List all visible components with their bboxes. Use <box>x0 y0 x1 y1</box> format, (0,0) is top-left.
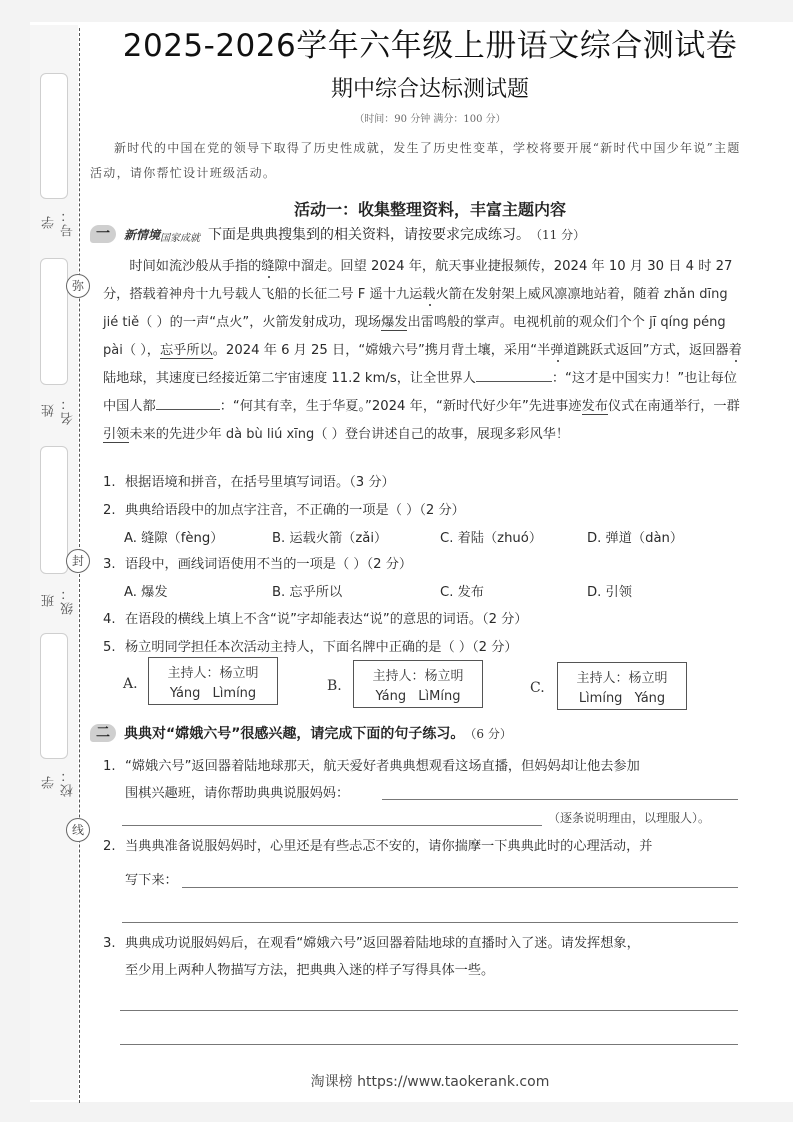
page-subtitle: 期中综合达标测试题 <box>100 72 760 103</box>
fill-blank[interactable] <box>476 367 552 382</box>
option-b[interactable]: B. 忘乎所以 <box>272 581 342 600</box>
question-number: 2. <box>103 839 125 854</box>
question-text: 典典成功说服妈妈后，在观看“嫦娥六号”返回器着陆地球的直播时入了迷。请发挥想象， <box>125 936 640 951</box>
section2-header: 二 典典对“嫦娥六号”很感兴趣，请完成下面的句子练习。 （6 分） <box>90 723 512 743</box>
student-number-box[interactable] <box>40 73 68 199</box>
activity-title: 活动一：收集整理资料，丰富主题内容 <box>100 197 760 220</box>
nameplate-b[interactable]: 主持人：杨立明 Yáng LìMíng <box>353 660 483 708</box>
school-label: 学校： <box>40 760 66 804</box>
passage-text: 道跳跃式返回”方式，返回器 <box>564 343 729 358</box>
dotted-char: 弹 <box>550 343 563 358</box>
intro-text: 新时代的中国在党的领导下取得了历史性成就，发生了历史性变革，学校将要开展“新时代… <box>90 136 750 186</box>
passage-text: 时间如流沙般从手指的 <box>129 259 261 274</box>
passage-text: 。2024 年 6 月 25 日，“嫦娥六号”携月背土壤，采用“半 <box>213 343 551 358</box>
question-1-4: 4.在语段的横线上填上不含“说”字却能表达“说”的意思的词语。（2 分） <box>103 608 528 627</box>
fill-blank[interactable] <box>156 395 220 410</box>
name-box[interactable] <box>40 258 68 385</box>
answer-line[interactable] <box>182 887 738 888</box>
answer-line[interactable] <box>122 922 738 923</box>
question-number: 2. <box>103 503 125 518</box>
section2-score: （6 分） <box>464 725 511 742</box>
answer-bracket[interactable]: （ ）登台讲述自己的故事，展现多彩风华！ <box>314 427 569 442</box>
question-2-3: 3.典典成功说服妈妈后，在观看“嫦娥六号”返回器着陆地球的直播时入了迷。请发挥想… <box>103 932 640 951</box>
option-d[interactable]: D. 弹道（dàn） <box>587 527 683 546</box>
section1-tag: 新情境 <box>124 226 160 243</box>
passage-text: 仪式在南通举行，一群 <box>608 399 740 414</box>
section2-badge: 二 <box>90 724 116 742</box>
underlined-word: 爆发 <box>381 315 407 331</box>
section1-score: （11 分） <box>530 226 585 243</box>
question-text: 在语段的横线上填上不含“说”字却能表达“说”的意思的词语。（2 分） <box>125 612 528 627</box>
question-text: 语段中，画线词语使用不当的一项是（ ）（2 分） <box>125 557 412 572</box>
passage-text: 陆地球，其速度已经接近第二宇宙速度 11.2 km/s，让全世界人 <box>103 371 476 386</box>
nameplate-title: 主持人：杨立明 <box>354 665 482 684</box>
answer-note: （逐条说明理由，以理服人）。 <box>548 809 710 826</box>
question-text: 典典给语段中的加点字注音，不正确的一项是（ ）（2 分） <box>125 503 465 518</box>
nameplate-option-c-label[interactable]: C. <box>530 680 545 696</box>
answer-line[interactable] <box>122 825 542 826</box>
section1-subtag: 国家成就 <box>160 229 200 244</box>
option-c[interactable]: C. 发布 <box>440 581 484 600</box>
underlined-word: 引领 <box>103 427 129 443</box>
question-1-5: 5.杨立明同学担任本次活动主持人，下面名牌中正确的是（ ）（2 分） <box>103 636 518 655</box>
passage-text: 火箭在发射架上威风凛凛地站着，随着 <box>435 287 663 302</box>
nameplate-title: 主持人：杨立明 <box>558 667 686 686</box>
nameplate-a[interactable]: 主持人：杨立明 Yáng Lìmíng <box>148 657 278 705</box>
option-a[interactable]: A. 缝隙（fèng） <box>124 527 223 546</box>
dotted-char: 缝 <box>261 259 274 274</box>
answer-line[interactable] <box>120 1010 738 1011</box>
reading-passage: 时间如流沙般从手指的缝隙中溜走。回望 2024 年，航天事业捷报频传，2024 … <box>103 253 743 449</box>
section1-instruction: 下面是典典搜集到的相关资料，请按要求完成练习。 <box>208 224 530 244</box>
question-1-3: 3.语段中，画线词语使用不当的一项是（ ）（2 分） <box>103 553 412 572</box>
nameplate-pinyin: Yáng Lìmíng <box>149 686 277 701</box>
answer-bracket[interactable]: （ ）， <box>123 343 160 358</box>
footer-watermark: 淘课榜 https://www.taokerank.com <box>100 1071 760 1091</box>
question-1-1: 1.根据语境和拼音，在括号里填写词语。（3 分） <box>103 471 395 490</box>
option-c[interactable]: C. 着陆（zhuó） <box>440 527 542 546</box>
question-number: 1. <box>103 475 125 490</box>
nameplate-pinyin: Yáng LìMíng <box>354 689 482 704</box>
underlined-word: 忘乎所以 <box>160 343 213 359</box>
question-2-1-line2: 围棋兴趣班，请你帮助典典说服妈妈： <box>125 782 349 801</box>
name-label: 姓名： <box>40 388 66 432</box>
passage-text: 出雷鸣般的掌声。电视机前的观众们个个 <box>407 315 649 330</box>
question-text: “嫦娥六号”返回器着陆地球那天，航天爱好者典典想观看这场直播，但妈妈却让他去参加 <box>125 759 640 774</box>
question-2-2-line2: 写下来： <box>125 869 178 888</box>
question-2-3-line2: 至少用上两种人物描写方法，把典典入迷的样子写得具体一些。 <box>125 959 494 978</box>
section1-header: 一 新情境 国家成就 下面是典典搜集到的相关资料，请按要求完成练习。 （11 分… <box>90 224 585 244</box>
answer-line[interactable] <box>120 1044 738 1045</box>
pinyin-prompt: dà bù liú xīng <box>226 427 314 442</box>
option-a[interactable]: A. 爆发 <box>124 581 168 600</box>
nameplate-option-b-label[interactable]: B. <box>327 678 342 694</box>
option-b[interactable]: B. 运载火箭（zǎi） <box>272 527 387 546</box>
question-text: 杨立明同学担任本次活动主持人，下面名牌中正确的是（ ）（2 分） <box>125 640 518 655</box>
nameplate-option-a-label[interactable]: A. <box>123 676 138 692</box>
option-d[interactable]: D. 引领 <box>587 581 632 600</box>
dotted-char: 载 <box>422 287 435 302</box>
seal-feng: 封 <box>66 549 90 573</box>
class-label: 班级： <box>40 578 66 622</box>
answer-line[interactable] <box>382 799 738 800</box>
seal-mi: 弥 <box>66 274 90 298</box>
student-number-label: 学号： <box>40 200 66 244</box>
passage-text: 未来的先进少年 <box>129 427 226 442</box>
page-title: 2025-2026学年六年级上册语文综合测试卷 <box>100 20 760 65</box>
class-box[interactable] <box>40 446 68 574</box>
nameplate-title: 主持人：杨立明 <box>149 662 277 681</box>
section2-instruction: 典典对“嫦娥六号”很感兴趣，请完成下面的句子练习。 <box>124 723 464 743</box>
question-text: 当典典准备说服妈妈时，心里还是有些忐忑不安的，请你揣摩一下典典此时的心理活动，并 <box>125 839 653 854</box>
nameplate-pinyin: Lìmíng Yáng <box>558 691 686 706</box>
school-box[interactable] <box>40 633 68 759</box>
question-number: 1. <box>103 759 125 774</box>
question-number: 5. <box>103 640 125 655</box>
exam-meta: （时间：90 分钟 满分：100 分） <box>100 110 760 125</box>
passage-text: ：“何其有幸，生于华夏。”2024 年，“新时代好少年”先进事迹 <box>220 399 582 414</box>
answer-bracket[interactable]: （ ）的一声“点火”，火箭发射成功，现场 <box>139 315 381 330</box>
seal-xian: 线 <box>66 818 90 842</box>
underlined-word: 发布 <box>582 399 608 415</box>
question-number: 3. <box>103 557 125 572</box>
dotted-char: 着 <box>729 343 742 358</box>
section1-badge: 一 <box>90 225 116 243</box>
question-2-1: 1.“嫦娥六号”返回器着陆地球那天，航天爱好者典典想观看这场直播，但妈妈却让他去… <box>103 755 640 774</box>
question-number: 4. <box>103 612 125 627</box>
question-1-2: 2.典典给语段中的加点字注音，不正确的一项是（ ）（2 分） <box>103 499 465 518</box>
question-number: 3. <box>103 936 125 951</box>
question-2-2: 2.当典典准备说服妈妈时，心里还是有些忐忑不安的，请你揣摩一下典典此时的心理活动… <box>103 835 653 854</box>
question-text: 根据语境和拼音，在括号里填写词语。（3 分） <box>125 475 395 490</box>
nameplate-c[interactable]: 主持人：杨立明 Lìmíng Yáng <box>557 662 687 710</box>
